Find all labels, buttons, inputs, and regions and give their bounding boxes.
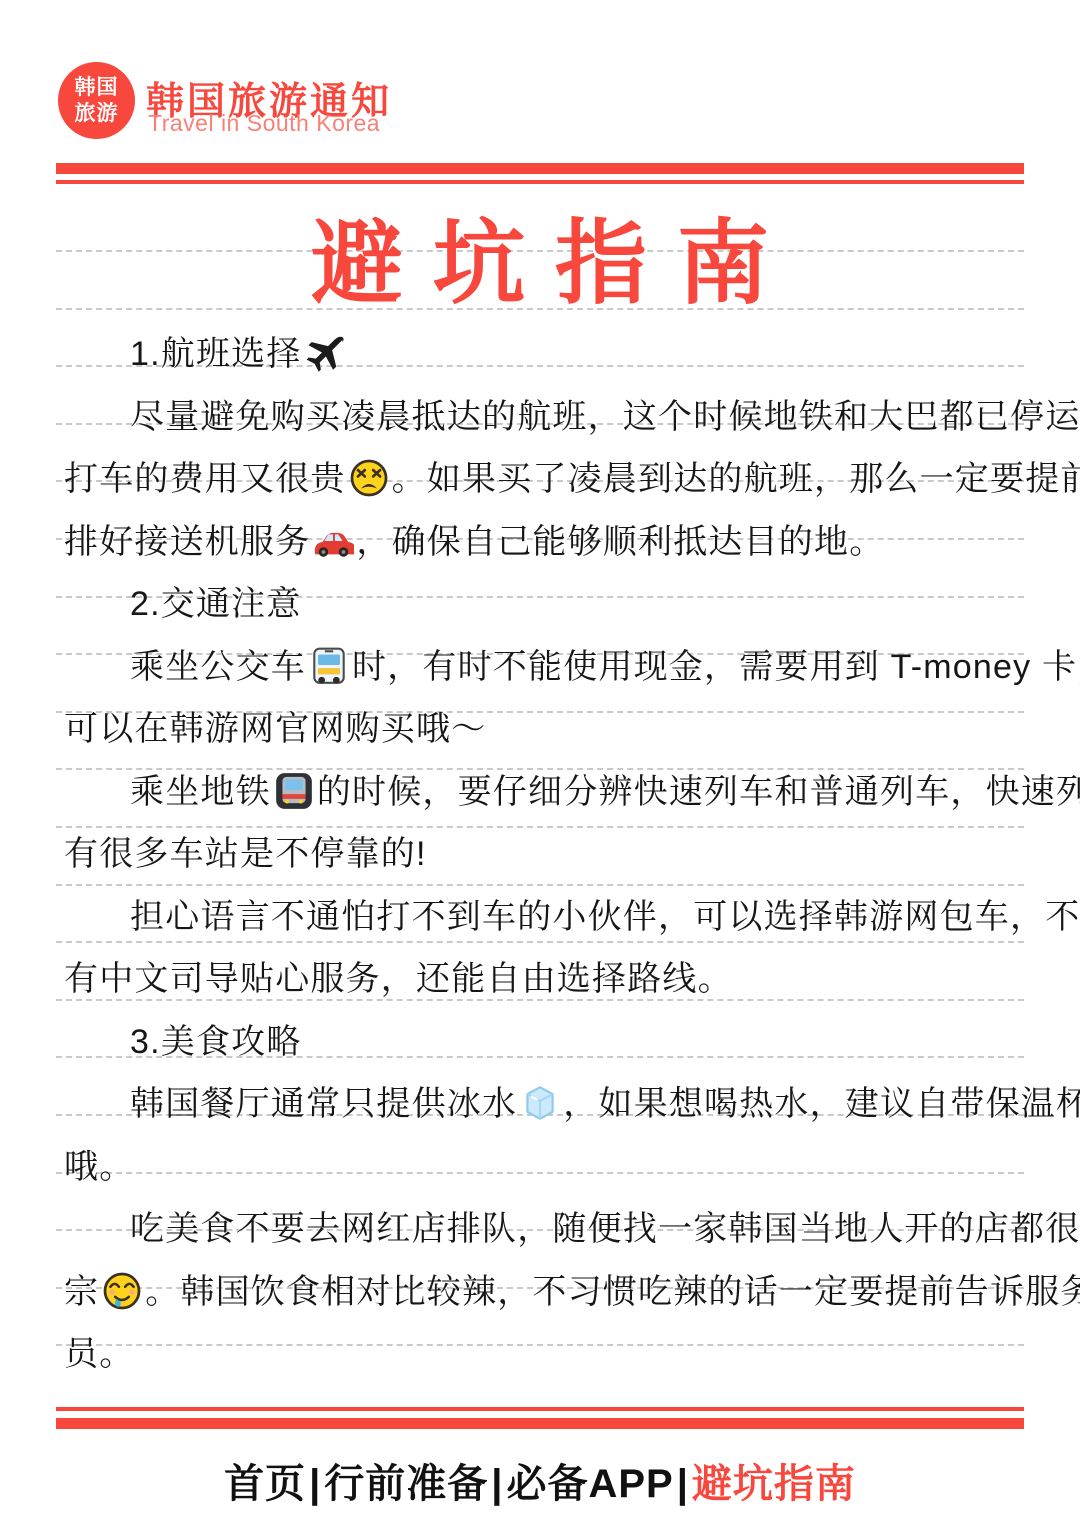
text-line: 排好接送机服务，确保自己能够顺利抵达目的地。 [0, 514, 1080, 577]
logo-text-line2: 旅游 [75, 101, 119, 127]
section-heading: 1.航班选择 [0, 326, 1080, 389]
nav-item-避坑指南[interactable]: 避坑指南 [692, 1462, 856, 1506]
text-segment: 韩国餐厅通常只提供冰水 [130, 1085, 517, 1123]
text-line: 乘坐公交车时，有时不能使用现金，需要用到 T-money 卡， [0, 639, 1080, 702]
text-segment: ，确保自己能够顺利抵达目的地。 [356, 523, 884, 561]
brand-subtitle: Travel in South Korea [148, 110, 380, 137]
page-title-wrap: 避坑指南 [0, 200, 1080, 312]
text-segment: 的时候，要仔细分辨快速列车和普通列车，快速列车 [317, 773, 1080, 811]
text-line: 吃美食不要去网红店排队，随便找一家韩国当地人开的店都很正 [0, 1201, 1080, 1264]
section-heading: 2.交通注意 [0, 576, 1080, 639]
ice-cube-emoji [519, 1082, 561, 1124]
text-segment: 1.航班选择 [130, 335, 302, 373]
nav-item-首页[interactable]: 首页 [224, 1462, 306, 1506]
poster-page: 韩国 旅游 韩国旅游通知 Travel in South Korea 避坑指南 … [0, 0, 1080, 1527]
text-line: 哦。 [0, 1139, 1080, 1202]
text-segment: 担心语言不通怕打不到车的小伙伴，可以选择韩游网包车，不仅 [130, 898, 1080, 936]
header-divider-thick [56, 163, 1024, 174]
text-segment: 可以在韩游网官网购买哦～ [64, 710, 486, 748]
drooling-face-emoji [101, 1270, 143, 1312]
text-segment: 员。 [64, 1335, 134, 1373]
text-line: 乘坐地铁的时候，要仔细分辨快速列车和普通列车，快速列车 [0, 764, 1080, 827]
text-line: 尽量避免购买凌晨抵达的航班，这个时候地铁和大巴都已停运， [0, 389, 1080, 452]
text-line: 有中文司导贴心服务，还能自由选择路线。 [0, 951, 1080, 1014]
text-line: 宗。韩国饮食相对比较辣，不习惯吃辣的话一定要提前告诉服务 [0, 1264, 1080, 1327]
content-lines: 1.航班选择尽量避免购买凌晨抵达的航班，这个时候地铁和大巴都已停运，打车的费用又… [0, 326, 1080, 1389]
text-segment: 有很多车站是不停靠的! [64, 835, 427, 873]
nav-item-行前准备[interactable]: 行前准备 [324, 1462, 488, 1506]
footer-nav: 首页|行前准备|必备APP|避坑指南 [0, 1452, 1080, 1509]
text-segment: 时，有时不能使用现金，需要用到 T-money 卡， [352, 648, 1080, 686]
nav-separator: | [677, 1462, 689, 1506]
text-segment: 吃美食不要去网红店排队，随便找一家韩国当地人开的店都很正 [130, 1210, 1080, 1248]
text-line: 韩国餐厅通常只提供冰水，如果想喝热水，建议自带保温杯 [0, 1076, 1080, 1139]
nav-separator: | [491, 1462, 503, 1506]
text-segment: 打车的费用又很贵 [64, 460, 346, 498]
nav-separator: | [309, 1462, 321, 1506]
section-heading: 3.美食攻略 [0, 1014, 1080, 1077]
text-segment: 乘坐地铁 [130, 773, 271, 811]
text-segment: 排好接送机服务 [64, 523, 310, 561]
text-line: 有很多车站是不停靠的! [0, 826, 1080, 889]
footer-divider-thick [56, 1418, 1024, 1429]
header-divider-thin [56, 180, 1024, 184]
text-line: 员。 [0, 1326, 1080, 1389]
text-segment: 尽量避免购买凌晨抵达的航班，这个时候地铁和大巴都已停运， [130, 398, 1080, 436]
text-segment: 宗 [64, 1273, 99, 1311]
page-title: 避坑指南 [311, 190, 799, 322]
logo-text-line1: 韩国 [75, 75, 119, 101]
text-line: 担心语言不通怕打不到车的小伙伴，可以选择韩游网包车，不仅 [0, 889, 1080, 952]
persevering-face-emoji [348, 457, 390, 499]
text-line: 打车的费用又很贵。如果买了凌晨到达的航班，那么一定要提前安 [0, 451, 1080, 514]
bus-emoji [308, 645, 350, 687]
text-segment: 2.交通注意 [130, 585, 302, 623]
text-segment: 乘坐公交车 [130, 648, 306, 686]
red-car-emoji [312, 520, 354, 562]
text-segment: 有中文司导贴心服务，还能自由选择路线。 [64, 960, 733, 998]
footer-divider-thin [56, 1407, 1024, 1411]
airplane-emoji [304, 332, 346, 374]
text-line: 可以在韩游网官网购买哦～ [0, 701, 1080, 764]
text-segment: 。韩国饮食相对比较辣，不习惯吃辣的话一定要提前告诉服务 [145, 1273, 1080, 1311]
nav-item-必备APP[interactable]: 必备APP [506, 1462, 673, 1506]
text-segment: 。如果买了凌晨到达的航班，那么一定要提前安 [392, 460, 1080, 498]
text-segment: ，如果想喝热水，建议自带保温杯 [563, 1085, 1080, 1123]
brand-logo: 韩国 旅游 [58, 62, 135, 139]
metro-emoji [273, 770, 315, 812]
text-segment: 3.美食攻略 [130, 1023, 302, 1061]
text-segment: 哦。 [64, 1148, 134, 1186]
